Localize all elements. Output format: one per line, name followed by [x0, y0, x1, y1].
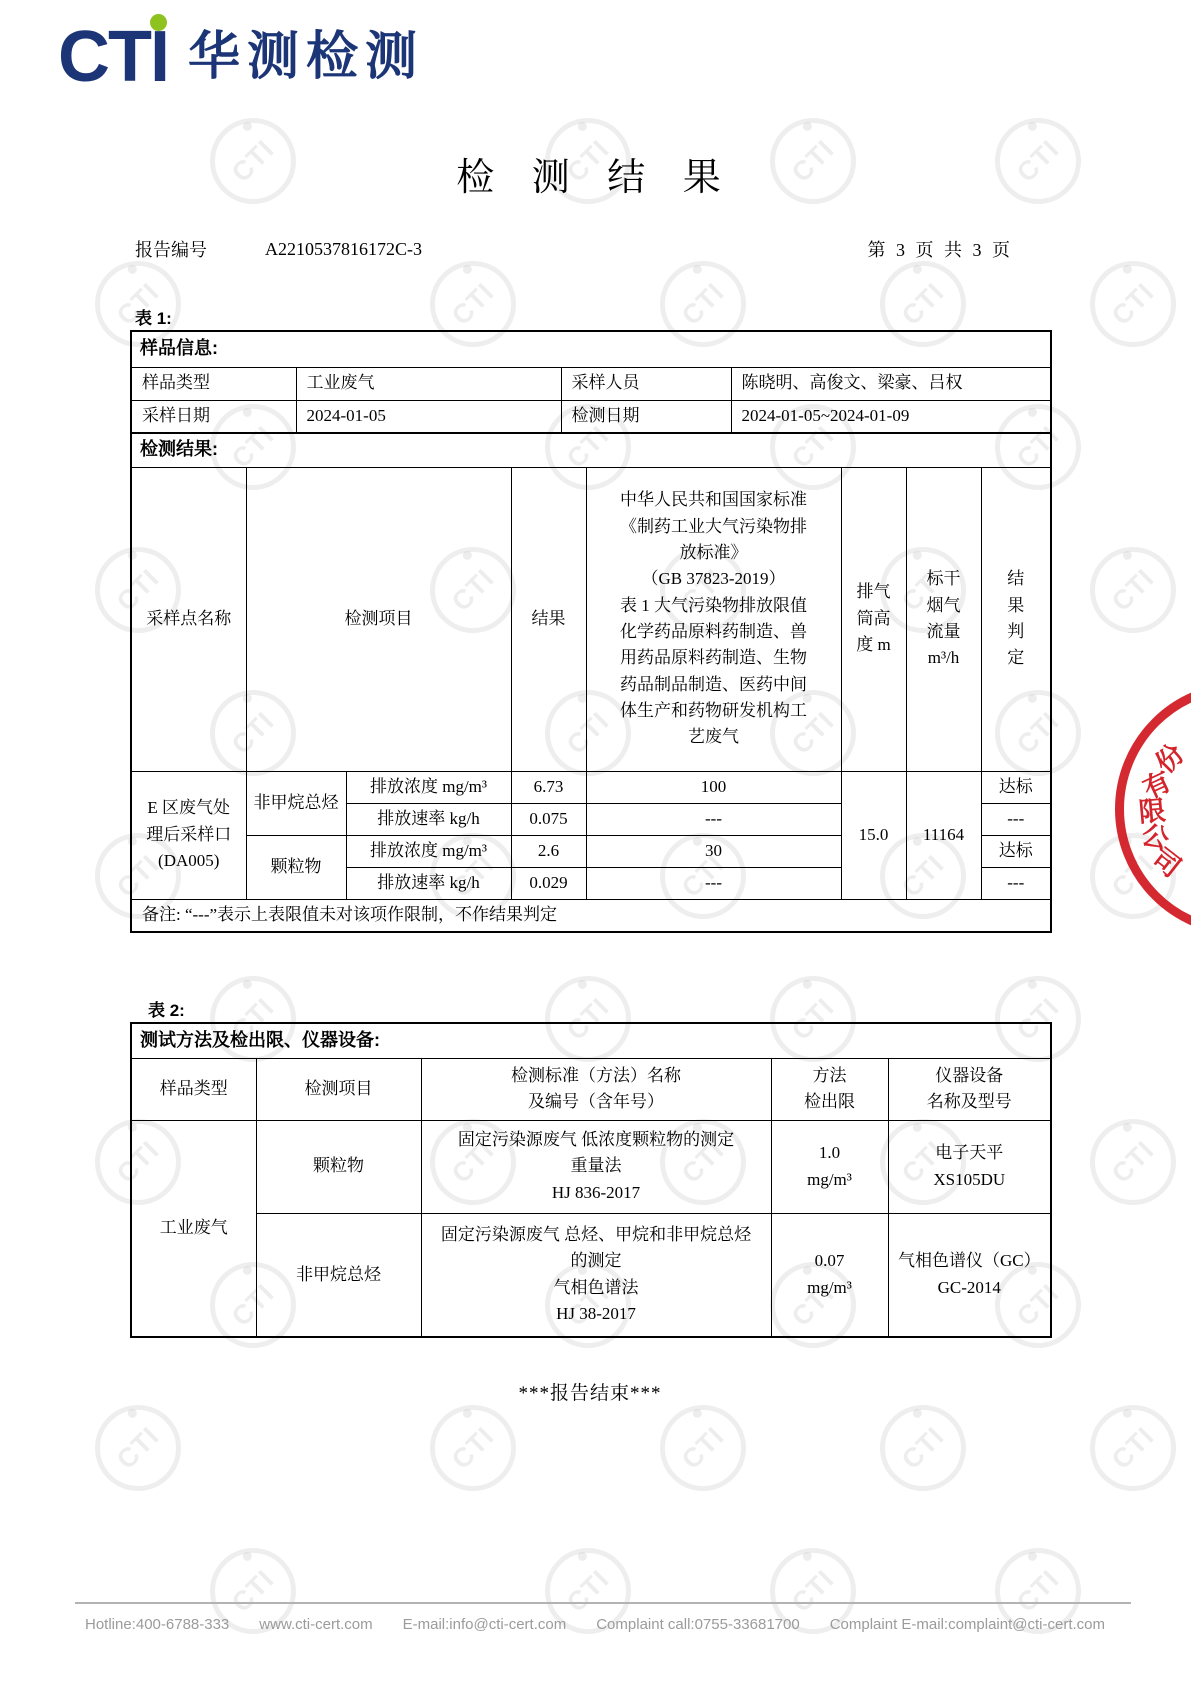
footer-complaint-email: Complaint E-mail:complaint@cti-cert.com [830, 1616, 1105, 1633]
col-standard-limit: 中华人民共和国国家标准 《制药工业大气污染物排 放标准》 （GB 37823-2… [586, 467, 841, 771]
cti-watermark-icon: CTI [977, 1530, 1099, 1652]
test-date-value: 2024-01-05~2024-01-09 [731, 400, 1051, 433]
cti-watermark-icon: CTI [862, 1387, 984, 1509]
col-detection-limit: 方法 检出限 [771, 1058, 888, 1120]
instrument-value: 电子天平 XS105DU [888, 1120, 1051, 1213]
table-row: 非甲烷总烃 固定污染源废气 总烃、甲烷和非甲烷总烃 的测定 气相色谱法 HJ 3… [131, 1213, 1051, 1337]
test-item-value: 颗粒物 [256, 1120, 421, 1213]
detection-limit-value: 1.0 mg/m³ [771, 1120, 888, 1213]
cti-watermark-icon: CTI [77, 1387, 199, 1509]
detection-limit-value: 0.07 mg/m³ [771, 1213, 888, 1337]
table-row: 采样日期 2024-01-05 检测日期 2024-01-05~2024-01-… [131, 400, 1051, 433]
limit-value: 30 [586, 835, 841, 867]
col-flow-rate: 标干 烟气 流量 m³/h [906, 467, 981, 771]
sampling-point-value: E 区废气处 理后采样口 (DA005) [131, 771, 246, 899]
col-stack-height: 排气 筒高 度 m [841, 467, 906, 771]
logo-green-dot-icon [150, 14, 167, 31]
cti-logo-letters: CTI [58, 26, 168, 88]
test-date-label: 检测日期 [561, 400, 731, 433]
judgement-value: 达标 [981, 835, 1051, 867]
measure-label: 排放浓度 mg/m³ [346, 771, 511, 803]
footer-website: www.cti-cert.com [259, 1616, 372, 1633]
footer-email: E-mail:info@cti-cert.com [403, 1616, 567, 1633]
flow-rate-value: 11164 [906, 771, 981, 899]
test-results-table: 检测结果: 采样点名称 检测项目 结果 中华人民共和国国家标准 《制药工业大气污… [130, 432, 1052, 933]
col-method: 检测标准（方法）名称 及编号（含年号） [421, 1058, 771, 1120]
test-item-value: 非甲烷总烃 [256, 1213, 421, 1337]
sampling-date-label: 采样日期 [131, 400, 296, 433]
sampling-date-value: 2024-01-05 [296, 400, 561, 433]
page-number: 第 3 页 共 3 页 [868, 236, 1014, 262]
report-info-line: 报告编号 A2210537816172C-3 第 3 页 共 3 页 [135, 236, 1013, 262]
measure-label: 排放速率 kg/h [346, 803, 511, 835]
method-instrument-table: 测试方法及检出限、仪器设备: 样品类型 检测项目 检测标准（方法）名称 及编号（… [130, 1022, 1052, 1338]
col-sample-type: 样品类型 [131, 1058, 256, 1120]
cti-logo-text: CTI [58, 17, 168, 97]
test-item-pm: 颗粒物 [246, 835, 346, 899]
judgement-value: 达标 [981, 771, 1051, 803]
cti-logo-chinese: 华测检测 [188, 26, 424, 88]
table1-caption: 表 1: [135, 304, 172, 329]
cti-watermark-icon: CTI [1072, 1101, 1191, 1223]
judgement-value: --- [981, 867, 1051, 899]
method-value: 固定污染源废气 低浓度颗粒物的测定 重量法 HJ 836-2017 [421, 1120, 771, 1213]
limit-value: 100 [586, 771, 841, 803]
report-no-label: 报告编号 [135, 236, 207, 262]
measure-label: 排放速率 kg/h [346, 867, 511, 899]
judgement-value: --- [981, 803, 1051, 835]
col-test-item: 检测项目 [246, 467, 511, 771]
col-judgement: 结 果 判 定 [981, 467, 1051, 771]
report-end-text: ***报告结束*** [130, 1378, 1050, 1405]
col-sampling-point: 采样点名称 [131, 467, 246, 771]
cti-watermark-icon: CTI [527, 1530, 649, 1652]
cti-watermark-icon: CTI [1072, 1387, 1191, 1509]
sample-type-label: 样品类型 [131, 367, 296, 400]
cti-watermark-icon: CTI [192, 1530, 314, 1652]
test-item-nmhc: 非甲烷总烃 [246, 771, 346, 835]
result-value: 0.075 [511, 803, 586, 835]
sampler-label: 采样人员 [561, 367, 731, 400]
col-instrument: 仪器设备 名称及型号 [888, 1058, 1051, 1120]
method-value: 固定污染源废气 总烃、甲烷和非甲烷总烃 的测定 气相色谱法 HJ 38-2017 [421, 1213, 771, 1337]
footer-hotline: Hotline:400-6788-333 [85, 1616, 229, 1633]
cti-watermark-icon: CTI [1072, 243, 1191, 365]
table2-caption: 表 2: [148, 996, 185, 1021]
limit-value: --- [586, 803, 841, 835]
measure-label: 排放浓度 mg/m³ [346, 835, 511, 867]
cti-watermark-icon: CTI [412, 1387, 534, 1509]
table1-note: 备注: “---”表示上表限值未对该项作限制，不作结果判定 [131, 899, 1051, 932]
sample-info-table: 样品信息: 样品类型 工业废气 采样人员 陈晓明、高俊文、梁豪、吕权 采样日期 … [130, 330, 1052, 434]
results-section-title: 检测结果: [131, 433, 1051, 467]
cti-logo: CTI 华测检测 [58, 26, 424, 88]
result-value: 0.029 [511, 867, 586, 899]
cti-watermark-icon: CTI [642, 1387, 764, 1509]
results-header-row: 采样点名称 检测项目 结果 中华人民共和国国家标准 《制药工业大气污染物排 放标… [131, 467, 1051, 771]
footer: Hotline:400-6788-333 www.cti-cert.com E-… [85, 1616, 1145, 1633]
cti-watermark-icon: CTI [752, 1530, 874, 1652]
stack-height-value: 15.0 [841, 771, 906, 899]
table2-header-row: 样品类型 检测项目 检测标准（方法）名称 及编号（含年号） 方法 检出限 仪器设… [131, 1058, 1051, 1120]
sample-type-value: 工业废气 [131, 1120, 256, 1337]
col-test-item: 检测项目 [256, 1058, 421, 1120]
table-row: 工业废气 颗粒物 固定污染源废气 低浓度颗粒物的测定 重量法 HJ 836-20… [131, 1120, 1051, 1213]
sampler-value: 陈晓明、高俊文、梁豪、吕权 [731, 367, 1051, 400]
page-title: 检 测 结 果 [0, 146, 1191, 201]
sample-info-section-title: 样品信息: [131, 331, 1051, 367]
table2-section-title: 测试方法及检出限、仪器设备: [131, 1023, 1051, 1058]
table-row: E 区废气处 理后采样口 (DA005) 非甲烷总烃 排放浓度 mg/m³ 6.… [131, 771, 1051, 803]
footer-divider [75, 1602, 1131, 1604]
cti-watermark-icon: CTI [1072, 529, 1191, 651]
report-page: CTICTICTICTICTICTICTICTICTICTICTICTICTIC… [0, 0, 1191, 1684]
sample-type-value: 工业废气 [296, 367, 561, 400]
table-row: 样品类型 工业废气 采样人员 陈晓明、高俊文、梁豪、吕权 [131, 367, 1051, 400]
report-no-value: A2210537816172C-3 [265, 239, 422, 260]
limit-value: --- [586, 867, 841, 899]
result-value: 6.73 [511, 771, 586, 803]
footer-complaint-call: Complaint call:0755-33681700 [596, 1616, 799, 1633]
col-result: 结果 [511, 467, 586, 771]
instrument-value: 气相色谱仪（GC） GC-2014 [888, 1213, 1051, 1337]
result-value: 2.6 [511, 835, 586, 867]
